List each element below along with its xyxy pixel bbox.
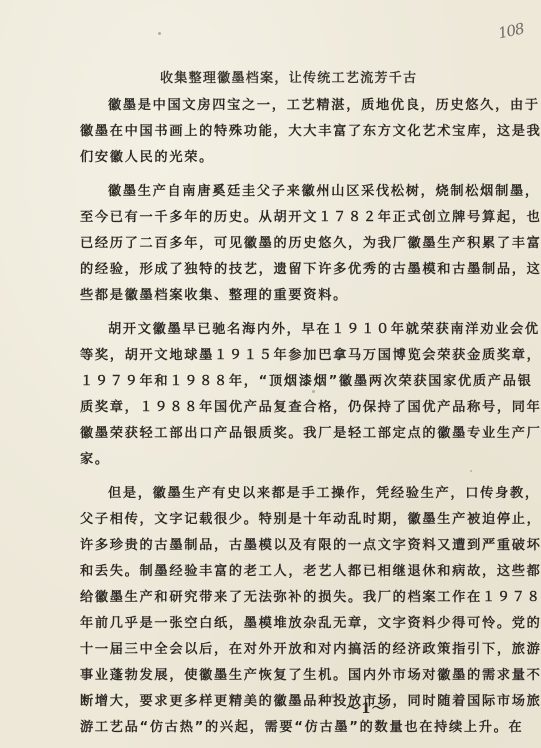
text-line: 徽墨是中国文房四宝之一，工艺精湛，质地优良，历史悠久，由于 (80, 93, 510, 119)
text-line: 们安徽人民的光荣。 (80, 145, 510, 171)
paragraph-1: 徽墨是中国文房四宝之一，工艺精湛，质地优良，历史悠久，由于 徽墨在中国书画上的特… (80, 93, 510, 171)
text-line: １９７９年和１９８８年，“顶烟漆烟”徽墨两次荣获国家优质产品银 (80, 369, 510, 395)
text-line: 些都是徽墨档案收集、整理的重要资料。 (80, 283, 510, 309)
text-line: 许多珍贵的古墨制品，古墨模以及有限的一点文字资料又遭到严重破坏 (80, 533, 510, 559)
text-line: 已经历了二百多年，可见徽墨的历史悠久，为我厂徽墨生产积累了丰富 (80, 231, 510, 257)
text-line: 徽墨在中国书画上的特殊功能，大大丰富了东方文化艺术宝库，这是我 (80, 119, 510, 145)
document-title: 收集整理徽墨档案，让传统工艺流芳千古 (160, 67, 417, 86)
text-line: 断增大，要求更多样更精美的徽墨品种投放市场，同时随着国际市场旅 (80, 689, 510, 715)
paper-speck (158, 32, 161, 35)
text-line: 等奖，胡开文地球墨１９１５年参加巴拿马万国博览会荣获金质奖章， (80, 343, 510, 369)
text-line: 父子相传，文字记载很少。特别是十年动乱时期，徽墨生产被迫停止， (80, 507, 510, 533)
page-number: ～1～ (346, 698, 387, 718)
text-line: 十一届三中全会以后，在对外开放和对内搞活的经济政策指引下，旅游 (80, 637, 510, 663)
text-line: 年前几乎是一张空白纸，墨模堆放杂乱无章，文字资料少得可怜。党的 (80, 611, 510, 637)
text-line: 的经验，形成了独特的技艺，遗留下许多优秀的古墨模和古墨制品，这 (80, 257, 510, 283)
text-line: 至今已有一千多年的历史。从胡开文１７８２年正式创立牌号算起，也 (80, 205, 510, 231)
paragraph-3: 胡开文徽墨早已驰名海内外，早在１９１０年就荣获南洋劝业会优 等奖，胡开文地球墨１… (80, 317, 510, 473)
paragraph-4: 但是，徽墨生产有史以来都是手工操作，凭经验生产，口传身教， 父子相传，文字记载很… (80, 481, 510, 741)
text-line: 胡开文徽墨早已驰名海内外，早在１９１０年就荣获南洋劝业会优 (80, 317, 510, 343)
text-line: 徽墨生产自南唐奚廷圭父子来徽州山区采伐松树，烧制松烟制墨， (80, 179, 510, 205)
document-body: 徽墨是中国文房四宝之一，工艺精湛，质地优良，历史悠久，由于 徽墨在中国书画上的特… (80, 93, 510, 748)
text-line: 但是，徽墨生产有史以来都是手工操作，凭经验生产，口传身教， (80, 481, 510, 507)
text-line: 徽墨荣获轻工部出口产品银质奖。我厂是轻工部定点的徽墨专业生产厂 (80, 421, 510, 447)
text-line: 游工艺品“仿古热”的兴起，需要“仿古墨”的数量也在持续上升。在 (80, 715, 510, 741)
text-line: 事业蓬勃发展，使徽墨生产恢复了生机。国内外市场对徽墨的需求量不 (80, 663, 510, 689)
handwritten-page-mark: 108 (496, 20, 525, 43)
document-page: 108 收集整理徽墨档案，让传统工艺流芳千古 徽墨是中国文房四宝之一，工艺精湛，… (0, 0, 541, 748)
text-line: 给徽墨生产和研究带来了无法弥补的损失。我厂的档案工作在１９７８ (80, 585, 510, 611)
paragraph-2: 徽墨生产自南唐奚廷圭父子来徽州山区采伐松树，烧制松烟制墨， 至今已有一千多年的历… (80, 179, 510, 309)
text-line: 家。 (80, 447, 510, 473)
text-line: 质奖章，１９８８年国优产品复查合格，仍保持了国优产品称号，同年 (80, 395, 510, 421)
text-line: 和丢失。制墨经验丰富的老工人，老艺人都已相继退休和病故，这些都 (80, 559, 510, 585)
